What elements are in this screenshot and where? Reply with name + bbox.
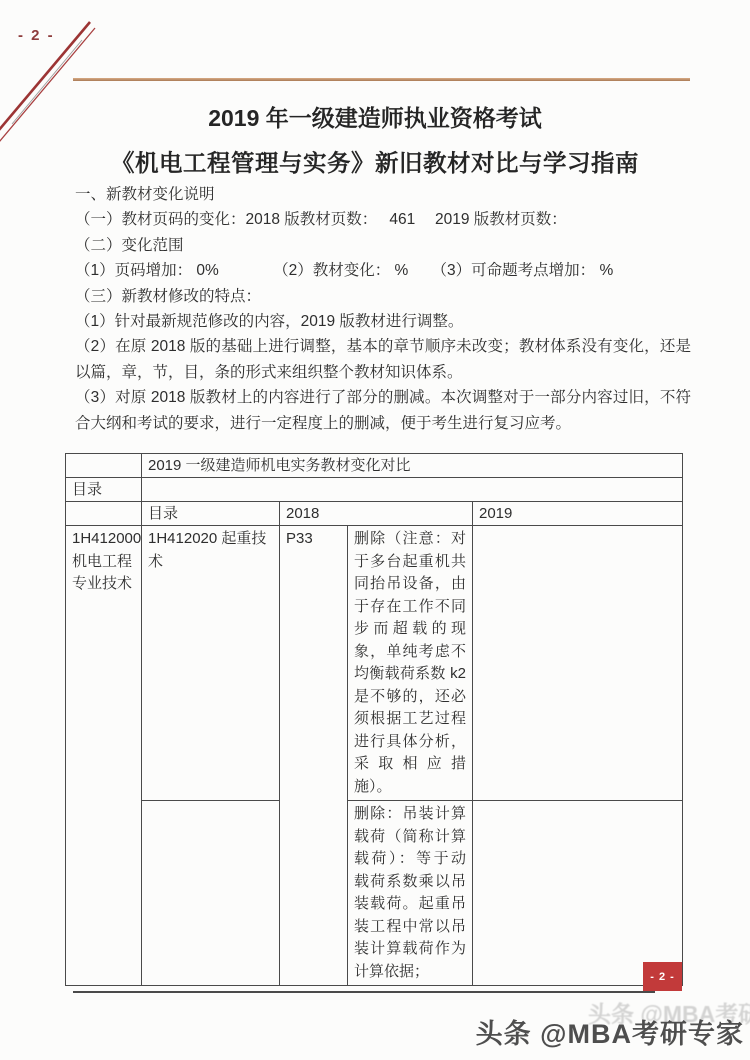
paragraph-feature-3: （3）对原 2018 版教材上的内容进行了部分的删减。本次调整对于一部分内容过旧…	[75, 385, 691, 436]
footer-rule	[73, 991, 655, 993]
document-subtitle: 《机电工程管理与实务》新旧教材对比与学习指南	[0, 144, 750, 178]
empty-cell	[66, 502, 142, 526]
paragraph-feature-1: （1）针对最新规范修改的内容，2019 版教材进行调整。	[75, 309, 691, 334]
comparison-table: 2019 一级建造师机电实务教材变化对比 目录 目录 2018 2019 1H4…	[65, 453, 683, 986]
empty-cell	[142, 478, 683, 502]
document-title: 2019 年一级建造师执业资格考试	[0, 100, 750, 133]
document-page: - 2 - 2019 年一级建造师执业资格考试 《机电工程管理与实务》新旧教材对…	[0, 0, 750, 1060]
change-2018-cell: 删除（注意：对于多台起重机共同抬吊设备，由于存在工作不同步而超载的现象，单纯考虑…	[348, 526, 473, 801]
empty-cell	[66, 454, 142, 478]
table-header-row: 目录 2018 2019	[66, 502, 683, 526]
section-cell	[142, 801, 280, 986]
table-row: 1H412000 机电工程 专业技术 1H412020 起重技术 P33 删除（…	[66, 526, 683, 801]
section-cell: 1H412020 起重技术	[142, 526, 280, 801]
chapter-cell: 1H412000 机电工程 专业技术	[66, 526, 142, 986]
paragraph-heading-1: 一、新教材变化说明	[75, 182, 691, 207]
header-catalog-cell: 目录	[142, 502, 280, 526]
change-2018-cell: 删除：吊装计算载荷（简称计算载荷）：等于动载荷系数乘以吊装载荷。起重吊装工程中常…	[348, 801, 473, 986]
table-title-row: 2019 一级建造师机电实务教材变化对比	[66, 454, 683, 478]
header-2019-cell: 2019	[473, 502, 683, 526]
header-2018-cell: 2018	[280, 502, 473, 526]
table-row: 删除：吊装计算载荷（简称计算载荷）：等于动载荷系数乘以吊装载荷。起重吊装工程中常…	[66, 801, 683, 986]
table-title-cell: 2019 一级建造师机电实务教材变化对比	[142, 454, 683, 478]
paragraph-page-counts: （一）教材页码的变化：2018 版教材页数： 461 2019 版教材页数：	[75, 207, 691, 232]
paragraph-change-scope: （二）变化范围	[75, 233, 691, 258]
paragraph-percentages: （1）页码增加： 0% （2）教材变化： % （3）可命题考点增加： %	[75, 258, 691, 283]
header-rule	[73, 78, 690, 81]
page-ref-cell: P33	[280, 526, 348, 986]
paragraph-feature-2: （2）在原 2018 版的基础上进行调整，基本的章节顺序未改变；教材体系没有变化…	[75, 334, 691, 385]
side-label-cell: 目录	[66, 478, 142, 502]
change-2019-cell	[473, 801, 683, 986]
watermark: 头条 @MBA考研专家	[476, 1012, 744, 1051]
table-side-label-row: 目录	[66, 478, 683, 502]
paragraph-features-heading: （三）新教材修改的特点：	[75, 284, 691, 309]
page-number-badge: - 2 -	[643, 962, 682, 991]
body-text: 一、新教材变化说明 （一）教材页码的变化：2018 版教材页数： 461 201…	[75, 182, 691, 436]
change-2019-cell	[473, 526, 683, 801]
